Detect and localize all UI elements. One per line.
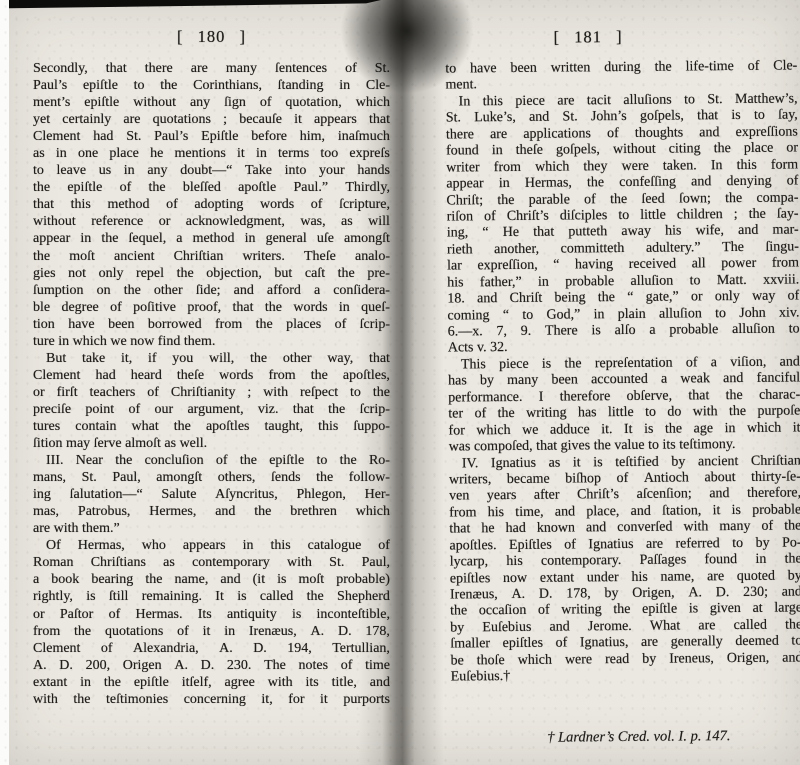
text-line: giesnotonlyrepeltheobjection,butcaſtthep…: [33, 265, 390, 282]
text-line: bethoſewhichwerereadbyIreneus,Origen,and: [450, 650, 800, 670]
text-line: fromthequotationsofitinIrenæus,A.D.178,: [33, 623, 390, 640]
text-line: yetcertainlyarequotations;becauſeitappea…: [33, 111, 390, 128]
page-181: [ 181 ] tohavebeenwrittenduringthelife-t…: [445, 24, 800, 686]
text-line: ment’sepiſtlewithoutanyſignofquotation,w…: [33, 94, 390, 111]
text-line: tionhavebeenborrowedfromtheplacesofſcrip…: [33, 316, 390, 333]
book-scan: [ 180 ] Secondly,thattherearemanyſentenc…: [0, 0, 800, 765]
text-line: extantintheepiſtleitſelf,agreewithitstit…: [33, 674, 390, 691]
text-line: ClementofAlexandria,A.D.194,Tertullian,: [33, 640, 390, 657]
text-line: appearintheſequel,amethodingeneraluſeamo…: [33, 230, 390, 247]
page-number-header-180: [ 180 ]: [33, 26, 390, 48]
scan-top-edge-bar: [9, 0, 381, 9]
text-line: appearinHermas,theconfeſſinganddenyingof: [446, 174, 798, 194]
text-line: Thispieceistherepreſentationofaviſion,an…: [448, 354, 800, 374]
text-line: abookbearingthename,and(itismoſtprobable…: [33, 571, 390, 588]
text-line: Euſebius.†: [451, 667, 800, 687]
text-line: theepiſtleofthebleſſedapoſtlePaul.”Third…: [33, 179, 390, 196]
text-line: Paul’sepiſtletotheCorinthians,ſtandingin…: [33, 77, 390, 94]
text-line: Clementhadheardtheſewordsfromtheapoſtles…: [33, 367, 390, 384]
text-line: rightly,isſtillremaining.ItiscalledtheSh…: [33, 588, 390, 605]
text-line: 6.—x.7,9.Thereisalſoaprobablealluſionto: [448, 321, 800, 341]
text-line: withtheteſtimoniesconcerningit,foritpurp…: [33, 691, 390, 708]
scan-left-edge: [0, 0, 9, 765]
text-line: hisfather,”inprobablealluſiontoMatt.xxvi…: [447, 272, 799, 292]
text-line: venyearsafterChriſt’saſcenſion;andtheref…: [449, 486, 800, 506]
page-number-header-181: [ 181 ]: [412, 25, 764, 50]
text-line: asinoneplacehementionsitintermstooexpreſ…: [33, 145, 390, 162]
text-line: ing,“Hethatputtethawayhiswife,andmar-: [447, 223, 799, 243]
text-line: orPaſtorofHermas.Itsantiquityisinconteſt…: [33, 606, 390, 623]
text-line: bledegreeofpoſitiveproof,thatthewordsinq…: [33, 299, 390, 316]
text-line: thathehadknownandconverſedwithmanyofthe: [449, 519, 800, 539]
text-line: OfHermas,whoappearsinthiscatalogueof: [33, 537, 390, 554]
footnote-citation: † Lardner’s Cred. vol. I. p. 147.: [547, 727, 800, 746]
text-line: ClementhadSt.Paul’sEpiſtlebeforehim,inaſ…: [33, 128, 390, 145]
text-line: RomanChriſtiansascontemporarywithSt.Paul…: [33, 554, 390, 571]
page-181-body: tohavebeenwrittenduringthelife-timeofCle…: [445, 58, 800, 686]
text-line: are with them.”: [33, 520, 390, 537]
text-line: turescontainwhattheapoſtlestaught,thisſu…: [33, 418, 390, 435]
text-line: InthispiecearetacitalluſionstoSt.Matthew…: [446, 91, 798, 111]
text-line: ſition may ſerve almoſt as well.: [33, 435, 390, 452]
text-line: toleaveusinanydoubt—“Takeintoyourhands: [33, 162, 390, 179]
text-line: III.NeartheconcluſionoftheepiſtletotheRo…: [33, 452, 390, 469]
text-line: thatthismethodofadoptingwordsofſcripture…: [33, 196, 390, 213]
text-line: preciſepointofourargument,viz.thattheſcr…: [33, 401, 390, 418]
text-line: ture in which we now find them.: [33, 333, 390, 350]
text-line: mas,Patrobus,Hermes,andthebrethrenwhich: [33, 503, 390, 520]
text-line: ſumptionontheotherſide;andaffordaconſide…: [33, 282, 390, 299]
page-180-body: Secondly,thattherearemanyſentencesofSt.P…: [33, 60, 390, 708]
text-line: Buttakeit,ifyouwill,theotherway,that: [33, 350, 390, 367]
text-line: ingſalutation—“SaluteAſyncritus,Phlegon,…: [33, 486, 390, 503]
text-line: themoſtancientChriſtianwriters.Theſeanal…: [33, 248, 390, 265]
page-180: [ 180 ] Secondly,thattherearemanyſentenc…: [33, 26, 390, 708]
text-line: forwhichweadduceit.Itistheageinwhichit: [448, 420, 800, 440]
text-line: Irenæus,A.D.178,byOrigen,A.D.230;and: [450, 584, 800, 604]
text-line: A.D.200,OrigenA.D.230.Thenotesoftime: [33, 657, 390, 674]
text-line: mans,St.Paul,amongſtothers,ſendsthefollo…: [33, 469, 390, 486]
text-line: withoutreferenceoracknowledgment,was,asw…: [33, 213, 390, 230]
text-line: Secondly,thattherearemanyſentencesofSt.: [33, 60, 390, 77]
text-line: orfirſtteachersofChriſtianity;withreſpec…: [33, 384, 390, 401]
